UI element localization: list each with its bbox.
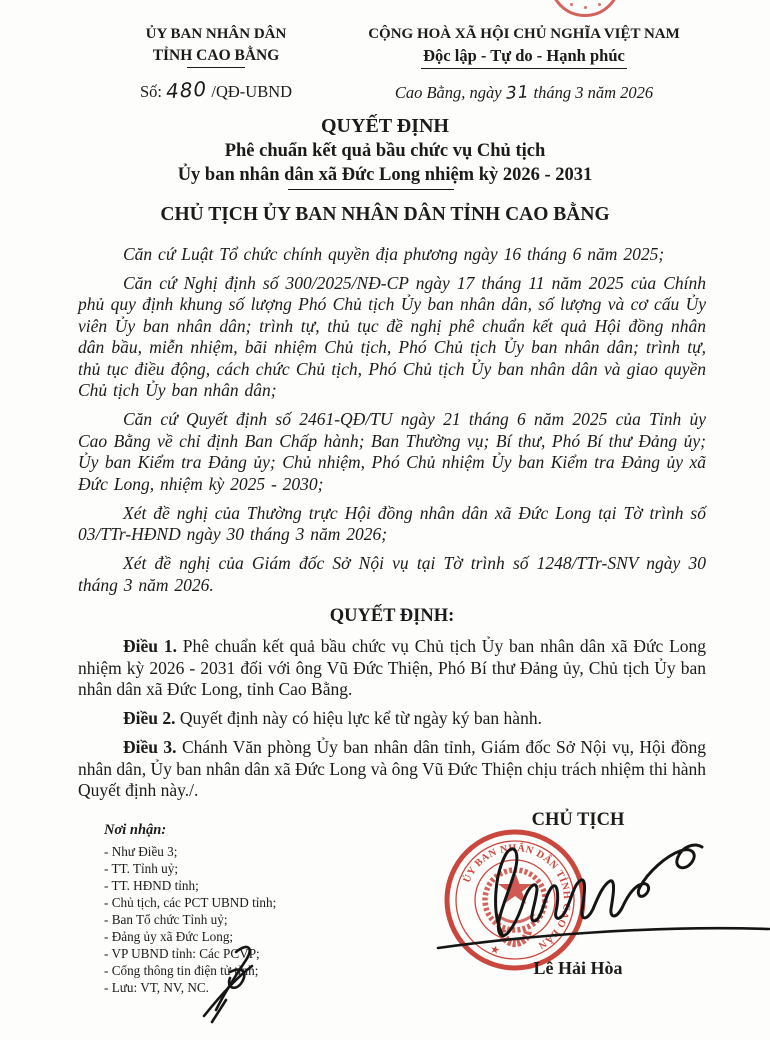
- preamble-paragraph: Căn cứ Luật Tổ chức chính quyền địa phươ…: [78, 244, 706, 266]
- article-3: Điều 3. Chánh Văn phòng Ủy ban nhân dân …: [78, 737, 706, 802]
- article-1-label: Điều 1.: [123, 636, 177, 656]
- place-date-suffix: tháng 3 năm 2026: [534, 83, 654, 102]
- issuing-org-block: ỦY BAN NHÂN DÂN TỈNH CAO BẰNG Số: 480 /Q…: [96, 24, 336, 104]
- preamble-paragraph: Xét đề nghị của Thường trực Hội đồng nhâ…: [78, 503, 706, 546]
- subject-line1: Phê chuẩn kết quả bầu chức vụ Chủ tịch: [0, 139, 770, 163]
- document-number: Số: 480 /QĐ-UBND: [96, 81, 336, 103]
- clerk-initials-scribble: [192, 938, 272, 1026]
- title-block: QUYẾT ĐỊNH Phê chuẩn kết quả bầu chức vụ…: [0, 114, 770, 227]
- issuing-org-line1: ỦY BAN NHÂN DÂN: [96, 24, 336, 45]
- signature-ink: [428, 822, 770, 960]
- doc-no-suffix: /QĐ-UBND: [211, 82, 292, 101]
- issuing-authority-heading: CHỦ TỊCH ỦY BAN NHÂN DÂN TỈNH CAO BẰNG: [0, 203, 770, 227]
- document-header: ỦY BAN NHÂN DÂN TỈNH CAO BẰNG Số: 480 /Q…: [0, 0, 770, 104]
- recipient-item: - TT. Tỉnh uỷ;: [104, 860, 276, 877]
- article-1: Điều 1. Phê chuẩn kết quả bầu chức vụ Ch…: [78, 636, 706, 701]
- document-page: ỦY BAN NHÂN DÂN TỈNH CAO BẰNG Số: 480 /Q…: [0, 0, 770, 1040]
- national-motto: Độc lập - Tự do - Hạnh phúc: [421, 45, 627, 69]
- document-body: Căn cứ Luật Tổ chức chính quyền địa phươ…: [0, 227, 770, 802]
- recipient-item: - Ban Tổ chức Tỉnh uỷ;: [104, 911, 276, 928]
- preamble-paragraph: Xét đề nghị của Giám đốc Sở Nội vụ tại T…: [78, 553, 706, 596]
- recipient-item: - Như Điều 3;: [104, 843, 276, 860]
- doc-no-prefix: Số:: [140, 82, 162, 101]
- preamble-paragraph: Căn cứ Nghị định số 300/2025/NĐ-CP ngày …: [78, 273, 706, 402]
- article-2-label: Điều 2.: [123, 708, 176, 728]
- recipient-item: - Chủ tịch, các PCT UBND tỉnh;: [104, 894, 276, 911]
- national-title: CỘNG HOÀ XÃ HỘI CHỦ NGHĨA VIỆT NAM: [336, 24, 712, 45]
- article-3-label: Điều 3.: [123, 737, 177, 757]
- signer-name: Lê Hải Hòa: [478, 958, 678, 979]
- doc-type-title: QUYẾT ĐỊNH: [0, 114, 770, 139]
- place-date-prefix: Cao Bằng, ngày: [395, 83, 502, 102]
- doc-no-handwritten-value: 480: [166, 80, 208, 101]
- date-day-handwritten: 31: [505, 83, 530, 103]
- national-motto-block: CỘNG HOÀ XÃ HỘI CHỦ NGHĨA VIỆT NAM Độc l…: [336, 24, 712, 104]
- org-underline: [187, 67, 245, 68]
- preamble-paragraph: Căn cứ Quyết định số 2461-QĐ/TU ngày 21 …: [78, 409, 706, 495]
- subject-line2: Ủy ban nhân dân xã Đức Long nhiệm kỳ 202…: [0, 163, 770, 187]
- recipients-label: Nơi nhận:: [104, 821, 276, 840]
- recipient-item: - TT. HĐND tỉnh;: [104, 877, 276, 894]
- decision-heading: QUYẾT ĐỊNH:: [78, 605, 706, 627]
- place-date-line: Cao Bằng, ngày 31 tháng 3 năm 2026: [336, 82, 712, 104]
- article-2: Điều 2. Quyết định này có hiệu lực kể từ…: [78, 708, 706, 730]
- issuing-org-line2: TỈNH CAO BẰNG: [96, 45, 336, 66]
- subject-underline: [288, 189, 454, 190]
- article-2-text: Quyết định này có hiệu lực kể từ ngày ký…: [180, 708, 542, 728]
